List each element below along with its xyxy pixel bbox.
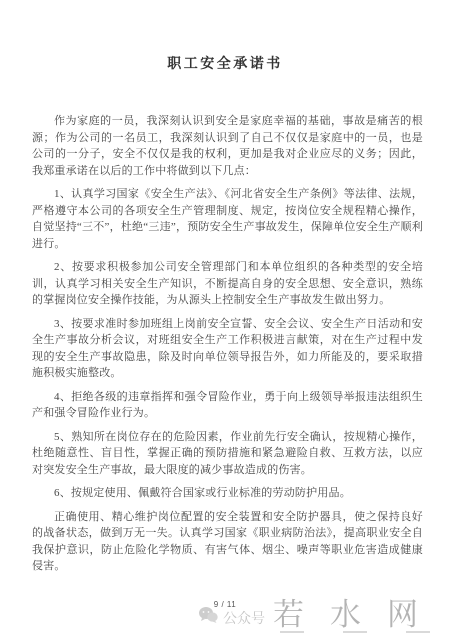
commitment-item-3: 3、按要求准时参加班组上岗前安全宣誓、安全会议、安全生产日活动和安全生产事故分析… xyxy=(32,316,423,382)
commitment-item-1: 1、认真学习国家《安全生产法》、《河北省安全生产条例》等法律、法规，严格遵守本公… xyxy=(32,186,423,252)
commitment-item-5: 5、熟知所在岗位存在的危险因素，作业前先行安全确认，按规精心操作，杜绝随意性、盲… xyxy=(32,429,423,479)
watermark: 公众号 若水网 xyxy=(198,602,444,633)
paragraph-closing: 正确使用、精心维护岗位配置的安全装置和安全防护器具，使之保持良好的战备状态，做到… xyxy=(32,509,423,575)
commitment-item-4: 4、拒绝各级的违章指挥和强令冒险作业，勇于向上级领导举报违法组织生产和强令冒险作… xyxy=(32,389,423,422)
document-body: 作为家庭的一员，我深刻认识到安全是家庭幸福的基础，事故是痛苦的根源；作为公司的一… xyxy=(0,113,450,575)
paragraph-intro: 作为家庭的一员，我深刻认识到安全是家庭幸福的基础，事故是痛苦的根源；作为公司的一… xyxy=(32,113,423,179)
page-footer: 9 / 11 公众号 若水网 xyxy=(0,591,450,637)
document-page: 职工安全承诺书 作为家庭的一员，我深刻认识到安全是家庭幸福的基础，事故是痛苦的根… xyxy=(0,0,450,637)
watermark-underline-marks xyxy=(280,631,430,633)
document-title: 职工安全承诺书 xyxy=(0,53,450,73)
wechat-icon xyxy=(198,606,218,629)
commitment-item-6: 6、按规定使用、佩戴符合国家或行业标准的劳动防护用品。 xyxy=(32,485,423,502)
watermark-site-name: 若水网 xyxy=(273,599,444,630)
watermark-account-label: 公众号 xyxy=(223,608,265,628)
commitment-item-2: 2、按要求积极参加公司安全管理部门和本单位组织的各种类型的安全培训，认真学习相关… xyxy=(32,259,423,309)
